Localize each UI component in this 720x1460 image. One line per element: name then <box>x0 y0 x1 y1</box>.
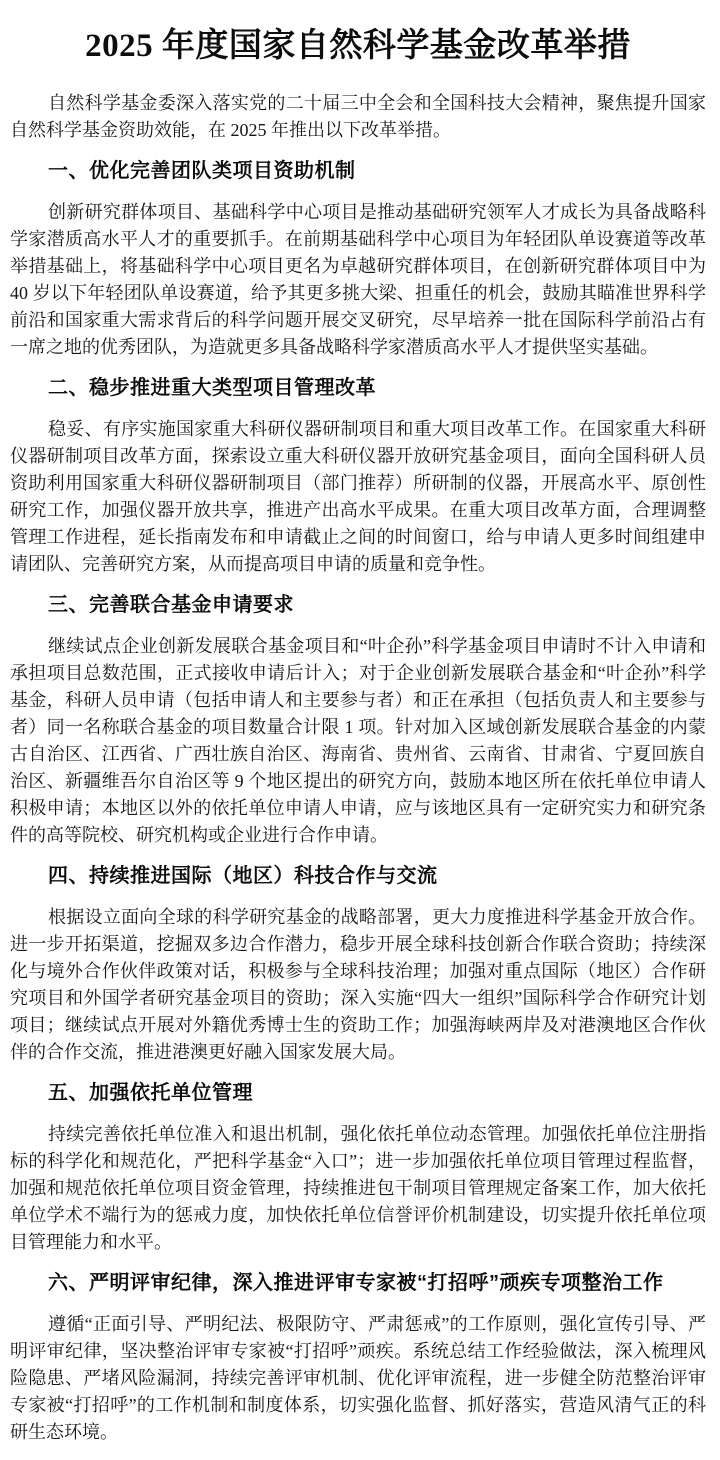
section-1-heading: 一、优化完善团队类项目资助机制 <box>10 158 706 185</box>
document-title: 2025 年度国家自然科学基金改革举措 <box>10 24 706 68</box>
section-2-paragraph: 稳妥、有序实施国家重大科研仪器研制项目和重大项目改革工作。在国家重大科研仪器研制… <box>10 416 706 578</box>
section-4-heading: 四、持续推进国际（地区）科技合作与交流 <box>10 863 706 890</box>
section-4-paragraph: 根据设立面向全球的科学研究基金的战略部署，更大力度推进科学基金开放合作。进一步开… <box>10 904 706 1066</box>
section-1: 一、优化完善团队类项目资助机制 创新研究群体项目、基础科学中心项目是推动基础研究… <box>10 158 706 361</box>
section-6-paragraph: 遵循“正面引导、严明纪法、极限防守、严肃惩戒”的工作原则，强化宣传引导、严明评审… <box>10 1311 706 1446</box>
section-2: 二、稳步推进重大类型项目管理改革 稳妥、有序实施国家重大科研仪器研制项目和重大项… <box>10 375 706 578</box>
section-3-paragraph: 继续试点企业创新发展联合基金项目和“叶企孙”科学基金项目申请时不计入申请和承担项… <box>10 633 706 849</box>
section-4: 四、持续推进国际（地区）科技合作与交流 根据设立面向全球的科学研究基金的战略部署… <box>10 863 706 1066</box>
section-5: 五、加强依托单位管理 持续完善依托单位准入和退出机制，强化依托单位动态管理。加强… <box>10 1080 706 1256</box>
section-5-heading: 五、加强依托单位管理 <box>10 1080 706 1107</box>
section-1-paragraph: 创新研究群体项目、基础科学中心项目是推动基础研究领军人才成长为具备战略科学家潜质… <box>10 199 706 361</box>
section-3-heading: 三、完善联合基金申请要求 <box>10 592 706 619</box>
section-6-heading: 六、严明评审纪律，深入推进评审专家被“打招呼”顽疾专项整治工作 <box>10 1270 706 1297</box>
section-5-paragraph: 持续完善依托单位准入和退出机制，强化依托单位动态管理。加强依托单位注册指标的科学… <box>10 1121 706 1256</box>
document-page: 2025 年度国家自然科学基金改革举措 自然科学基金委深入落实党的二十届三中全会… <box>0 0 720 1460</box>
intro-paragraph: 自然科学基金委深入落实党的二十届三中全会和全国科技大会精神，聚焦提升国家自然科学… <box>10 90 706 144</box>
section-3: 三、完善联合基金申请要求 继续试点企业创新发展联合基金项目和“叶企孙”科学基金项… <box>10 592 706 849</box>
section-6: 六、严明评审纪律，深入推进评审专家被“打招呼”顽疾专项整治工作 遵循“正面引导、… <box>10 1270 706 1446</box>
section-2-heading: 二、稳步推进重大类型项目管理改革 <box>10 375 706 402</box>
